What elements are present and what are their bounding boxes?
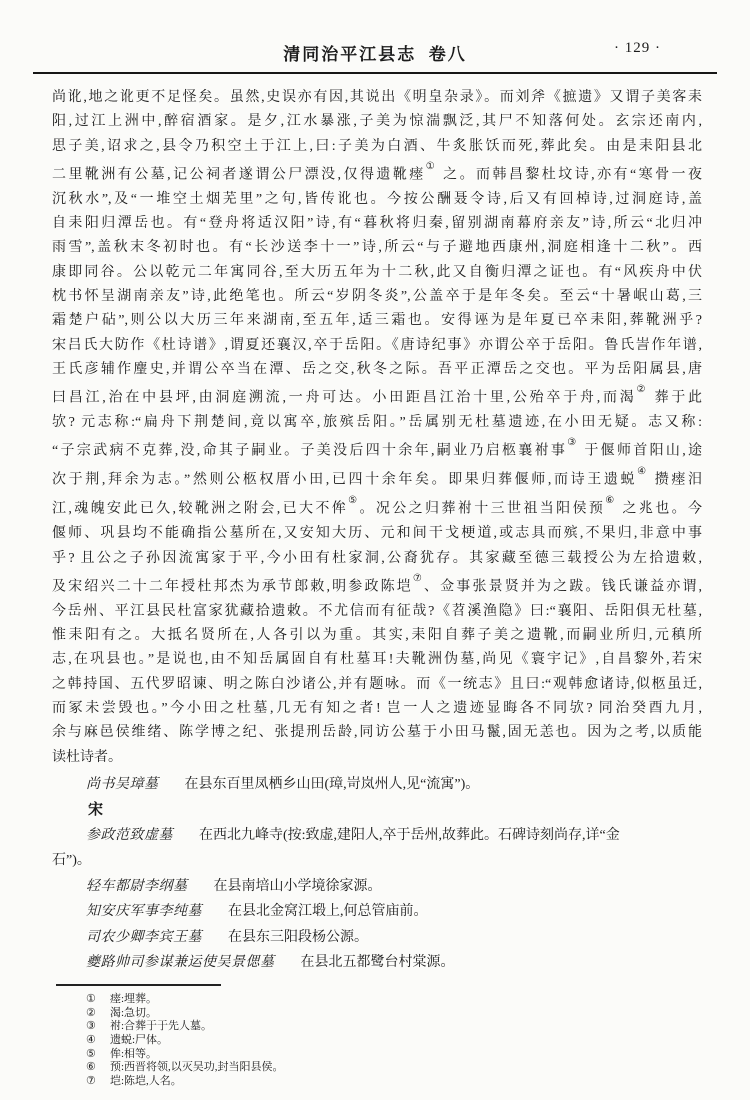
body-line: 沉秋水”,及“一堆空土烟芜里”之句,皆传讹也。今按公酬聂令诗,后又有回棹诗,过洞… — [52, 188, 702, 212]
body-line: 曰昌江,治在中县坪,由洞庭溯流,一舟可达。小田距昌江治十里,公殆卒于舟,而渴② … — [52, 382, 702, 411]
body-line: 而冢未尝毁也。”今小田之杜墓,几无有知之者! 岂一人之遗迹显晦各不同欤? 同治癸… — [52, 697, 702, 721]
grave-entry-location: 在县北五都鹭台村棠源。 — [301, 955, 455, 970]
footnote-item: ①瘗:埋葬。 — [86, 993, 702, 1007]
footnote-number: ① — [86, 993, 110, 1007]
footnote-text: 瘗:埋葬。 — [110, 993, 157, 1005]
grave-entry-location: 在县南培山小学境徐家源。 — [214, 879, 382, 894]
grave-entry: 司农少卿李宾王墓在县东三阳段杨公源。 — [52, 925, 702, 951]
body-line: 宋吕氏大防作《杜诗谱》,谓夏还襄汉,卒于岳阳。《唐诗纪事》亦谓公卒于岳阳。鲁氏訔… — [52, 334, 702, 358]
footnote-text: 遗蜕:尸体。 — [110, 1034, 168, 1046]
body-line: 阳,过江上洲中,醉宿酒家。是夕,江水暴涨,子美为惊湍飘泛,其尸不知落何处。玄宗还… — [52, 110, 702, 134]
grave-entry: 参政范致虚墓在西北九峰寺(按:致虚,建阳人,卒于岳州,故葬此。石碑诗刻尚存,详“… — [52, 823, 702, 849]
footnote-item: ②渴:急切。 — [86, 1007, 702, 1021]
footnote-text: 侔:相等。 — [110, 1048, 157, 1060]
body-line: 江,魂魄安此已久,较靴洲之附会,已大不侔⑤。况公之归葬祔十三世祖当阳侯预⑥ 之兆… — [52, 493, 702, 522]
body-line: 今岳州、平江县民杜富家犹藏拾遗敕。不尤信而有征哉?《苕溪渔隐》曰:“襄阳、岳阳俱… — [52, 600, 702, 624]
grave-entry-location: 在县东三阳段杨公源。 — [228, 930, 368, 945]
grave-entry: 夔路帅司参谋兼运使吴景偲墓在县北五都鹭台村棠源。 — [52, 950, 702, 976]
footnote-text: 垲:陈垲,人名。 — [110, 1075, 182, 1087]
footnotes-list: ①瘗:埋葬。②渴:急切。③祔:合葬于于先人墓。④遗蜕:尸体。⑤侔:相等。⑥预:西… — [52, 993, 702, 1089]
footnote-ref: ① — [426, 161, 437, 172]
body-line: “子宗武病不克葬,没,命其子嗣业。子美没后四十余年,嗣业乃启柩襄祔事③ 于偃师首… — [52, 435, 702, 464]
grave-entry-name: 轻车都尉李纲墓 — [86, 879, 188, 894]
footnote-ref: ⑦ — [413, 573, 424, 584]
grave-entry-location: 在县东百里凤栖乡山田(璋,岢岚州人,见“流寓”)。 — [185, 777, 480, 792]
page-number: · 129 · — [614, 40, 661, 57]
footnotes-section: ①瘗:埋葬。②渴:急切。③祔:合葬于于先人墓。④遗蜕:尸体。⑤侔:相等。⑥预:西… — [52, 984, 702, 1089]
grave-entry-name: 尚书吴璋墓 — [86, 777, 159, 792]
footnote-text: 渴:急切。 — [110, 1007, 157, 1019]
footnote-divider — [56, 984, 221, 986]
footnote-item: ⑤侔:相等。 — [86, 1048, 702, 1062]
body-line: 乎? 且公之子孙因流寓家于平,今小田有杜家洞,公裔犹存。其家藏至德三载授公为左拾… — [52, 547, 702, 571]
body-line: 尚讹,地之讹更不足怪矣。虽然,史误亦有因,其说出《明皇杂录》。而刘斧《摭遗》又谓… — [52, 86, 702, 110]
body-line: 惟耒阳有之。大抵名贤所在,人各引以为重。其实,耒阳自葬子美之遗靴,而嗣业所归,元… — [52, 624, 702, 648]
footnote-ref: ⑥ — [605, 495, 616, 506]
body-line: 枕书怀呈湖南亲友”诗,此绝笔也。所云“岁阴冬炎”,公盖卒于是年冬矣。至云“十暑岷… — [52, 285, 702, 309]
footnote-ref: ③ — [567, 437, 578, 448]
grave-entry-location: 在西北九峰寺(按:致虚,建阳人,卒于岳州,故葬此。石碑诗刻尚存,详“金 — [199, 828, 620, 843]
entry-continuation-line: 石”)。 — [52, 848, 702, 874]
body-line: 及宋绍兴二十二年授杜邦杰为承节郎敕,明参政陈垲⑦、佥事张景贤并为之跋。钱氏谦益亦… — [52, 571, 702, 600]
body-line: 之韩持国、五代罗昭谏、明之陈白沙诸公,并有题咏。而《一统志》且曰:“观韩愈诸诗,… — [52, 673, 702, 697]
footnote-number: ⑤ — [86, 1048, 110, 1062]
body-line: 欤? 元志称:“扁舟下荆楚间,竟以寓卒,旅殡岳阳。”岳属别无杜墓遗迹,在小田无疑… — [52, 411, 702, 435]
grave-entry: 轻车都尉李纲墓在县南培山小学境徐家源。 — [52, 874, 702, 900]
body-text: 尚讹,地之讹更不足怪矣。虽然,史误亦有因,其说出《明皇杂录》。而刘斧《摭遗》又谓… — [52, 86, 702, 770]
page-header: 清同治平江县志 卷八 · 129 · — [33, 0, 717, 74]
footnote-number: ② — [86, 1007, 110, 1021]
body-line: 自耒阳归潭岳也。有“登舟将适汉阳”诗,有“暮秋将归秦,留别湖南幕府亲友”诗,所云… — [52, 212, 702, 236]
dynasty-section-heading: 宋 — [52, 797, 702, 823]
grave-entry-name: 夔路帅司参谋兼运使吴景偲墓 — [86, 955, 275, 970]
body-line: 雨雪”,盖秋末冬初时也。有“长沙送李十一”诗,所云“与子避地西康州,洞庭相逢十二… — [52, 236, 702, 260]
body-line: 读杜诗者。 — [52, 746, 702, 770]
footnote-number: ⑦ — [86, 1075, 110, 1089]
footnote-ref: ⑤ — [348, 495, 359, 506]
body-line: 王氏彦辅作麈史,并谓公卒当在潭、岳之交,秋冬之际。吾平正潭岳之交也。平为岳阳属县… — [52, 358, 702, 382]
grave-entry: 尚书吴璋墓在县东百里凤栖乡山田(璋,岢岚州人,见“流寓”)。 — [52, 772, 702, 798]
grave-entry-location: 在县北金窝江塅上,何总管庙前。 — [228, 904, 428, 919]
body-line: 二里靴洲有公墓,记公祠者遂谓公尸漂没,仅得遗靴瘗① 之。而韩昌黎杜坟诗,亦有“寒… — [52, 159, 702, 188]
grave-entry-name: 知安庆军事李纯墓 — [86, 904, 202, 919]
grave-entries: 尚书吴璋墓在县东百里凤栖乡山田(璋,岢岚州人,见“流寓”)。宋参政范致虚墓在西北… — [52, 772, 702, 976]
grave-entry-name: 参政范致虚墓 — [86, 828, 173, 843]
body-line: 次于荆,拜余为志。”然则公柩权厝小田,已四十余年矣。即果归葬偃师,而诗王遗蜕④ … — [52, 464, 702, 493]
body-line: 志,在巩县也。”是说也,由不知岳属固自有杜墓耳!夫靴洲伪墓,尚见《寰宇记》,自昌… — [52, 648, 702, 672]
footnote-number: ⑥ — [86, 1061, 110, 1075]
footnote-item: ③祔:合葬于于先人墓。 — [86, 1020, 702, 1034]
body-line: 霜楚户砧”,则公以大历三年来湖南,至五年,适三霜也。安得诬为是年夏已卒耒阳,葬靴… — [52, 309, 702, 333]
footnote-text: 预:西晋将领,以灭吴功,封当阳县侯。 — [110, 1061, 284, 1073]
footnote-item: ④遗蜕:尸体。 — [86, 1034, 702, 1048]
body-line: 偃师、巩县均不能确指公墓所在,又安知大历、元和间干戈梗道,或志具而殡,不果归,非… — [52, 522, 702, 546]
body-line: 余与麻邑侯维绪、陈学博之纪、张提刑岳龄,同访公墓于小田马鬣,固无恙也。因为之考,… — [52, 721, 702, 745]
body-line: 康即同谷。公以乾元二年寓同谷,至大历五年为十二秋,此又自衡归潭之证也。有“风疾舟… — [52, 261, 702, 285]
footnote-text: 祔:合葬于于先人墓。 — [110, 1020, 212, 1032]
footnote-item: ⑦垲:陈垲,人名。 — [86, 1075, 702, 1089]
footnote-number: ③ — [86, 1020, 110, 1034]
footnote-item: ⑥预:西晋将领,以灭吴功,封当阳县侯。 — [86, 1061, 702, 1075]
footnote-ref: ② — [636, 384, 648, 395]
grave-entry: 知安庆军事李纯墓在县北金窝江塅上,何总管庙前。 — [52, 899, 702, 925]
footnote-number: ④ — [86, 1034, 110, 1048]
grave-entry-name: 司农少卿李宾王墓 — [86, 930, 202, 945]
scanned-book-page: 清同治平江县志 卷八 · 129 · 尚讹,地之讹更不足怪矣。虽然,史误亦有因,… — [0, 0, 750, 1100]
body-line: 思子美,诏求之,县令乃积空土于江上,曰:子美为白酒、牛炙胀饫而死,葬此矣。由是耒… — [52, 135, 702, 159]
footnote-ref: ④ — [637, 466, 649, 477]
